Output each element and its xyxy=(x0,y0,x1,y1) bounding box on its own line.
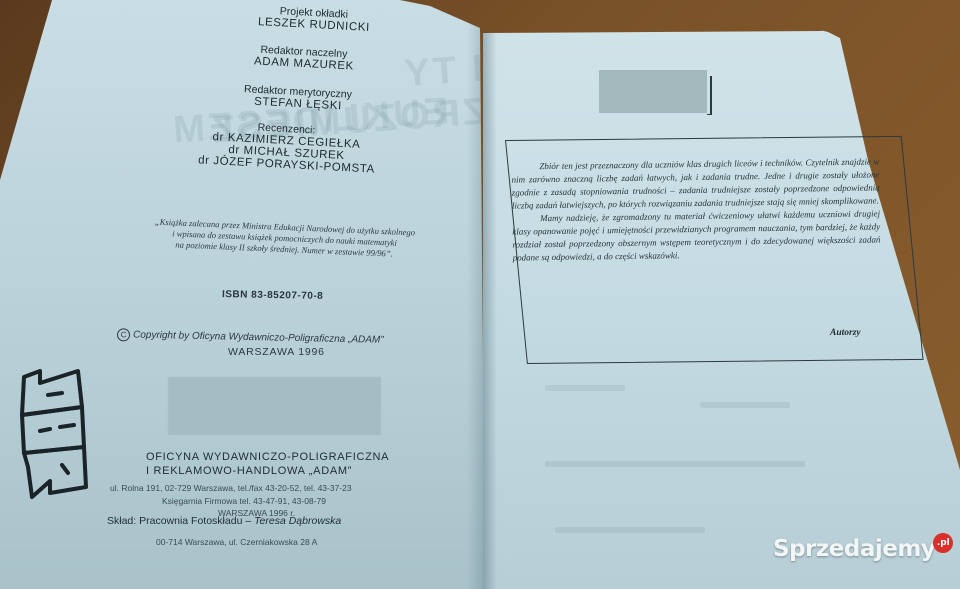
credit-block-reviewers: Recenzenci: dr KAZIMIERZ CEGIEŁKA dr MIC… xyxy=(198,123,375,171)
publisher-name-line-2: I REKLAMOWO-HANDLOWA „ADAM” xyxy=(146,461,352,479)
bleed-through-heading xyxy=(520,54,720,68)
preface-signature: Autorzy xyxy=(830,328,861,338)
credit-block-content-editor: Redaktor merytoryczny STEFAN ŁĘSKI xyxy=(244,86,352,110)
preface-paragraph: Mamy nadzieję, że zgromadzony tu materia… xyxy=(512,207,881,264)
typesetting-credit: Skład: Pracownia Fotoskładu – Teresa Dąb… xyxy=(107,515,341,527)
sprzedajemy-watermark: Sprzedajemy .pl xyxy=(773,536,953,562)
copyright-city: WARSZAWA 1996 xyxy=(228,346,325,358)
copyright-icon: C xyxy=(117,328,130,341)
handwritten-stamp-icon xyxy=(10,357,90,507)
preface-paragraph: Zbiór ten jest przeznaczony dla uczniów … xyxy=(511,155,880,212)
watermark-text: Sprzedajemy xyxy=(773,536,935,562)
isbn: ISBN 83-85207-70-8 xyxy=(222,289,323,302)
redacted-block xyxy=(599,70,707,113)
credit-block-cover: Projekt okładki LESZEK RUDNICKI xyxy=(258,7,370,31)
credit-block-editor-in-chief: Redaktor naczelny ADAM MAZUREK xyxy=(254,46,354,70)
redacted-block-edge xyxy=(707,76,712,115)
preface-text: Zbiór ten jest przeznaczony dla uczniów … xyxy=(511,155,880,264)
bleed-through-line xyxy=(545,385,625,391)
bleed-through-line xyxy=(545,461,805,467)
typesetting-address: 00-714 Warszawa, ul. Czerniakowska 28 A xyxy=(156,532,317,550)
bleed-through-line xyxy=(700,402,790,408)
redacted-block xyxy=(168,377,381,435)
watermark-badge: .pl xyxy=(933,533,953,553)
bleed-through-line xyxy=(555,527,705,533)
